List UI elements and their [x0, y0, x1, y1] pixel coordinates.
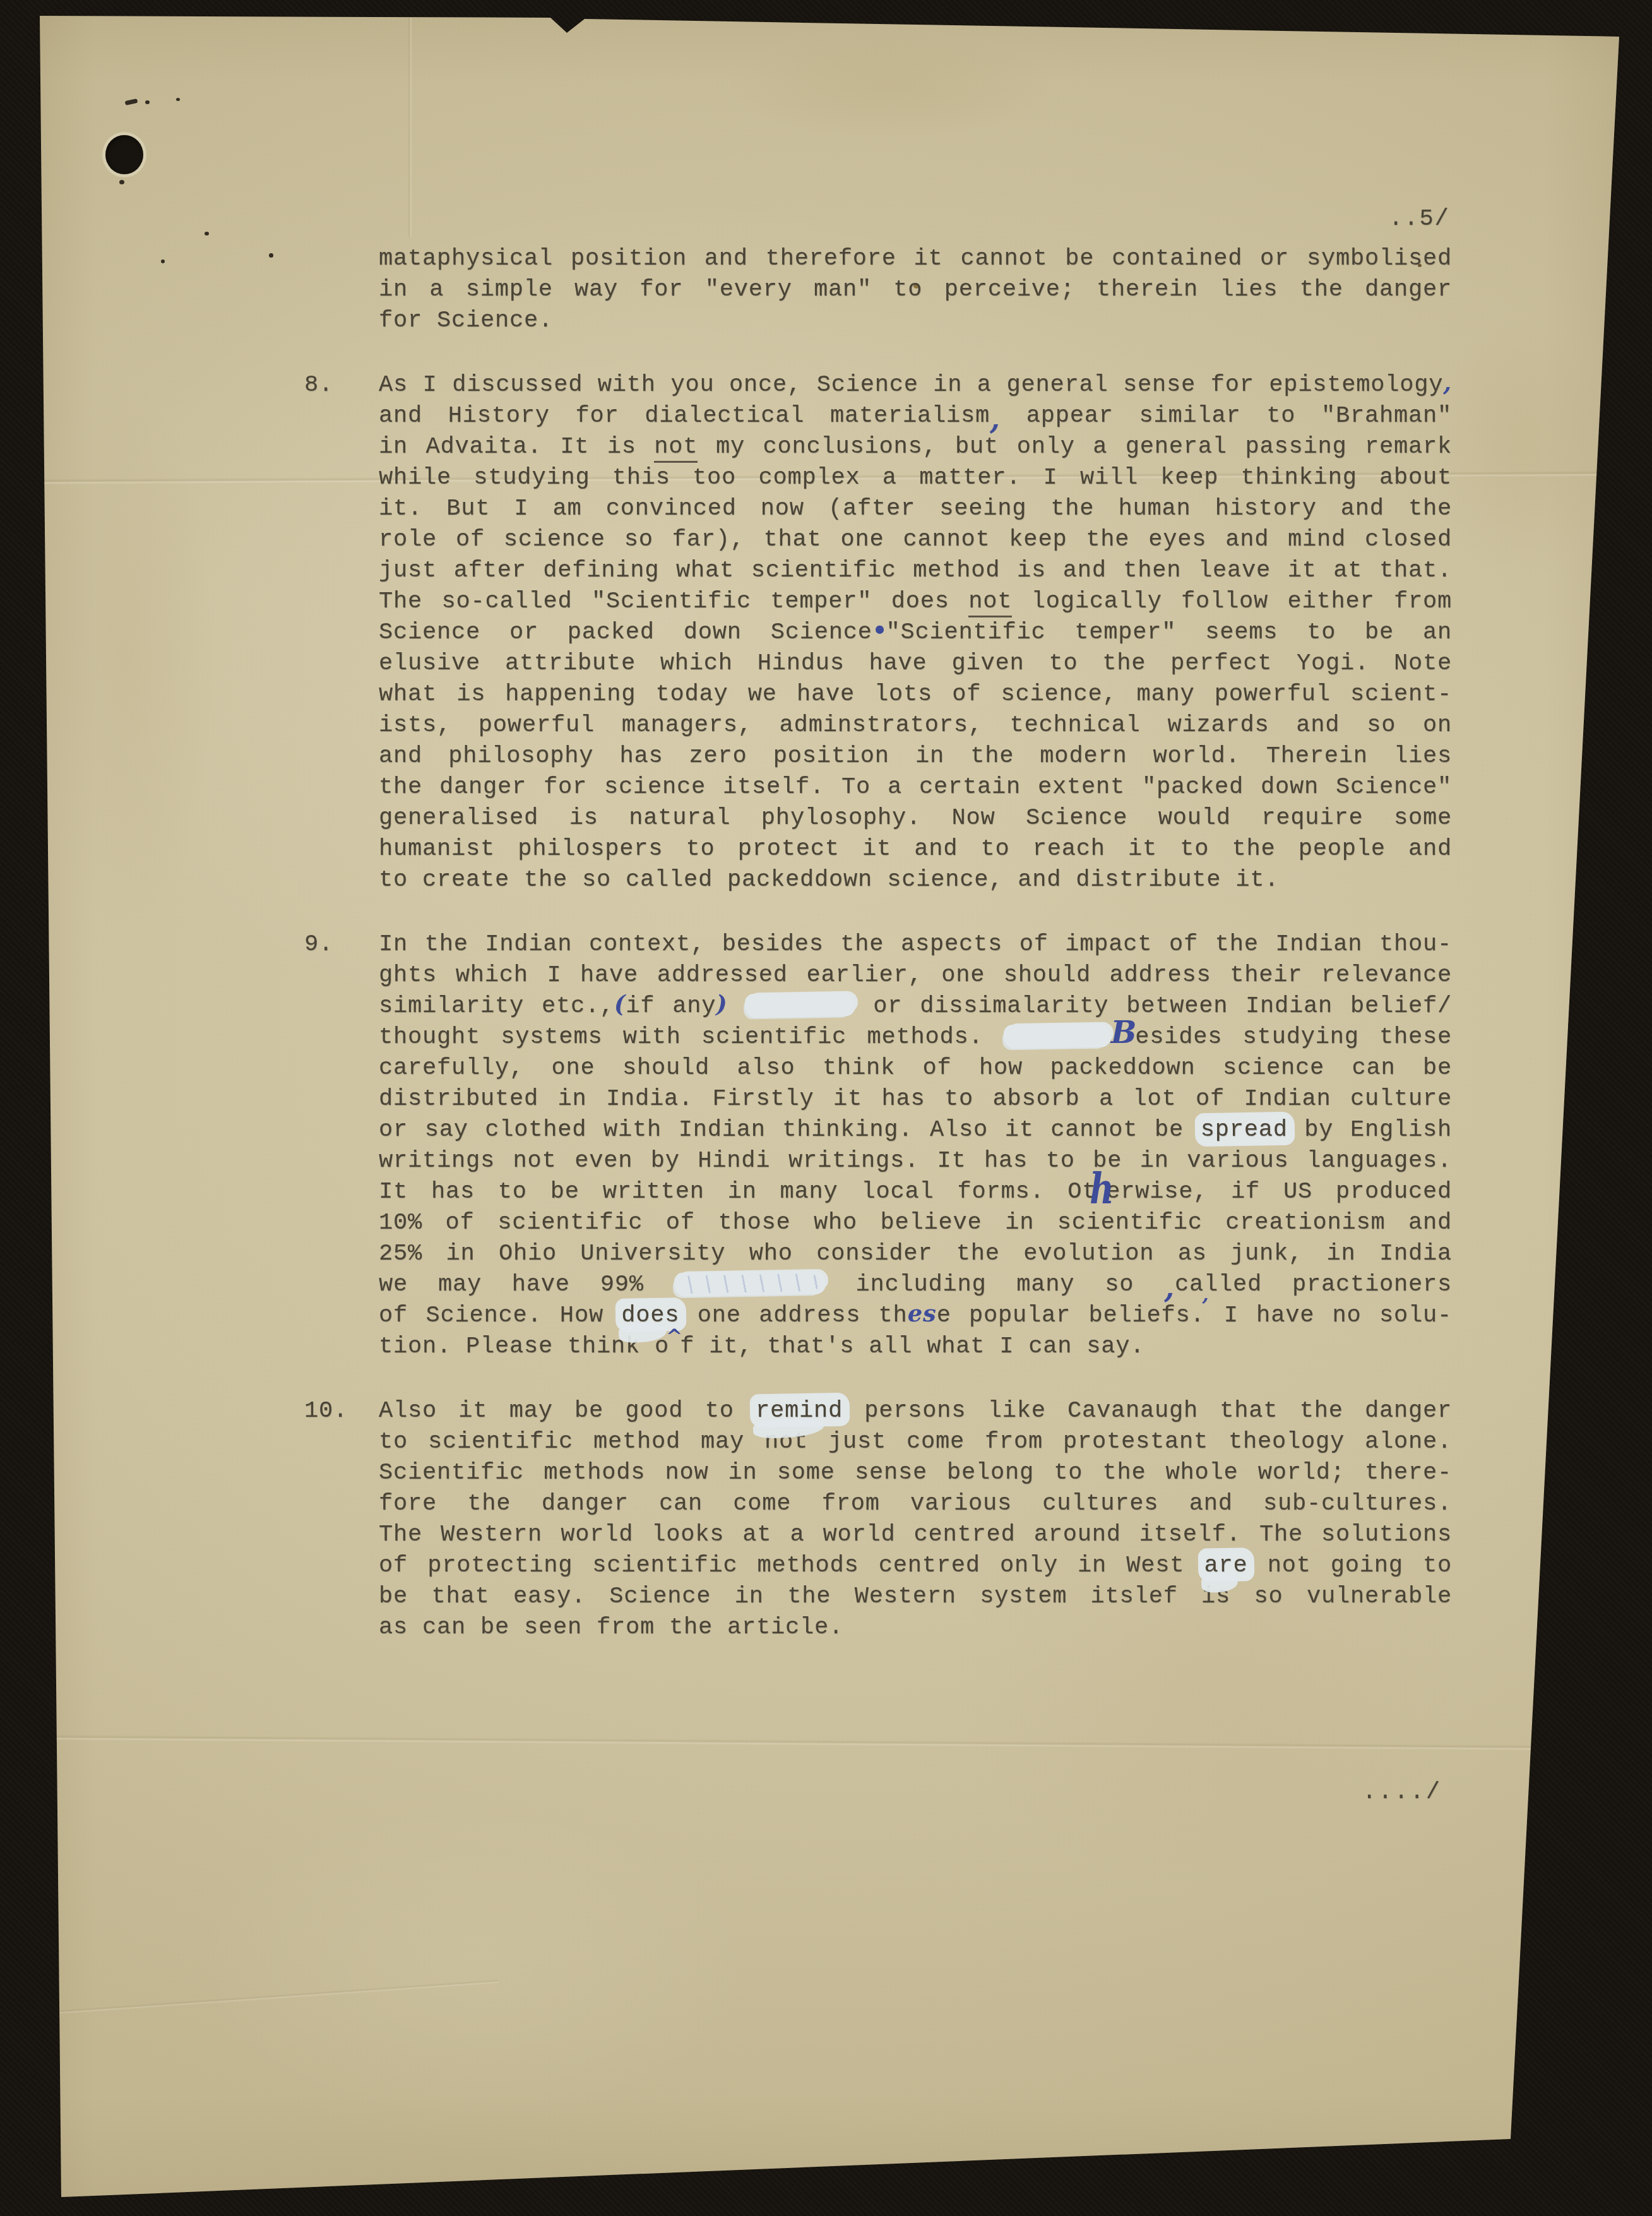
text-line: in a simple way for "every man" to perce… — [379, 275, 1452, 306]
typed-text: one address th — [679, 1302, 907, 1329]
typed-text: to scientific method may not just come f… — [379, 1429, 1452, 1455]
typed-text: what is happening today we have lots of … — [379, 681, 1452, 708]
paragraph: 10.Also it may be good to remind persons… — [379, 1396, 1452, 1643]
text-line: 10% of scientific of those who believe i… — [379, 1208, 1452, 1239]
typed-text: persons like Cavanaugh that the danger — [843, 1398, 1452, 1424]
text-line: tion. Please think o^f it, that's all wh… — [379, 1331, 1452, 1362]
typed-text: carefully, one should also think of how … — [379, 1055, 1452, 1081]
typed-text: writings not even by Hindi writings. It … — [379, 1148, 1452, 1174]
text-line: as can be seen from the article. — [379, 1612, 1452, 1643]
whiteout-corrected-text: remind — [756, 1398, 843, 1424]
text-line: In the Indian context, besides the aspec… — [379, 929, 1452, 960]
punch-hole — [105, 135, 143, 174]
text-line: As I discussed with you once, Science in… — [379, 370, 1452, 401]
text-line: and philosophy has zero position in the … — [379, 741, 1452, 772]
paragraph-lines: In the Indian context, besides the aspec… — [379, 929, 1452, 1362]
typed-text: to create the so called packeddown scien… — [379, 867, 1279, 893]
typed-text: it. But I am convinced now (after seeing… — [379, 496, 1452, 522]
typed-text: or say clothed with Indian thinking. Als… — [379, 1117, 1201, 1143]
text-line: Also it may be good to remind persons li… — [379, 1396, 1452, 1427]
whiteout-corrected-text: spread — [1201, 1117, 1288, 1143]
paper-speck — [161, 259, 165, 263]
text-line: fore the danger can come from various cu… — [379, 1489, 1452, 1520]
text-line: The Western world looks at a world centr… — [379, 1520, 1452, 1551]
paper-speck — [176, 98, 180, 101]
typed-text: and philosophy has zero position in the … — [379, 743, 1452, 770]
handwritten-ink-mark: B — [1111, 1015, 1137, 1051]
typed-text: my conclusions, but only a general passi… — [698, 434, 1452, 460]
typed-text: Science or packed down Science — [379, 619, 872, 646]
typed-text: distributed in India. Firstly it has to … — [379, 1086, 1452, 1112]
text-line: It has to be written in many local forms… — [379, 1177, 1452, 1208]
text-line: the danger for science itself. To a cert… — [379, 772, 1452, 803]
text-line: just after defining what scientific meth… — [379, 556, 1452, 587]
whiteout-patch — [1003, 1023, 1111, 1049]
underlined-text: not — [968, 588, 1012, 617]
handwritten-ink-mark: es — [908, 1299, 937, 1327]
typed-text: Scientific methods now in some sense bel… — [379, 1460, 1452, 1486]
typed-text: including many so — [826, 1272, 1165, 1298]
text-line: Science or packed down Science•"Scientif… — [379, 617, 1452, 648]
typed-text: or dissimalarity between Indian belief/ — [855, 993, 1452, 1020]
text-line: Scientific methods now in some sense bel… — [379, 1458, 1452, 1489]
text-line: while studying this too complex a matter… — [379, 463, 1452, 494]
typed-text: logically follow either from — [1012, 588, 1452, 615]
text-line: ghts which I have addressed earlier, one… — [379, 960, 1452, 991]
typed-text: while studying this too complex a matter… — [379, 465, 1452, 491]
typed-text: of Science. How — [379, 1302, 621, 1329]
paragraph-lines: As I discussed with you once, Science in… — [379, 370, 1452, 896]
paragraph: mataphysical position and therefore it c… — [379, 244, 1452, 337]
whiteout-corrected-text: are — [1204, 1552, 1247, 1579]
whiteout-patch — [745, 992, 856, 1018]
text-line: carefully, one should also think of how … — [379, 1053, 1452, 1084]
text-line: of protecting scientific methods centred… — [379, 1551, 1452, 1582]
text-line: for Science. — [379, 306, 1452, 337]
typed-text: be that easy. Science in the Western sys… — [379, 1583, 1452, 1610]
text-line: mataphysical position and therefore it c… — [379, 244, 1452, 275]
paper-speck — [205, 232, 209, 235]
typed-text: 10% of scientific of those who believe i… — [379, 1210, 1452, 1236]
typed-text: for Science. — [379, 307, 553, 334]
text-line: writings not even by Hindi writings. It … — [379, 1146, 1452, 1177]
text-line: to create the so called packeddown scien… — [379, 865, 1452, 896]
text-line: what is happening today we have lots of … — [379, 679, 1452, 710]
typed-text: and History for dialectical materialism — [379, 403, 990, 429]
underlined-text: not — [654, 434, 698, 463]
text-line: elusive attribute which Hindus have give… — [379, 648, 1452, 679]
typed-text: role of science so far), that one cannot… — [379, 527, 1452, 553]
typed-text: not going to — [1247, 1552, 1452, 1579]
typed-text: humanist philospers to protect it and to… — [379, 836, 1452, 862]
typed-text: appear similar to "Brahman" — [1001, 403, 1452, 429]
paragraph-lines: mataphysical position and therefore it c… — [379, 244, 1452, 337]
typed-text: mataphysical position and therefore it c… — [379, 246, 1452, 272]
handwritten-ink-mark: , — [1443, 369, 1452, 396]
typed-text: I have no solu- — [1206, 1302, 1452, 1329]
handwritten-ink-mark: ( — [614, 990, 626, 1018]
whiteout-patch — [674, 1270, 826, 1297]
typed-text: called practioners — [1175, 1272, 1452, 1298]
handwritten-ink-mark: ) — [716, 990, 727, 1018]
typed-text: in Advaita. It is — [379, 434, 654, 460]
typed-text: ghts which I have addressed earlier, one… — [379, 962, 1452, 989]
paper-speck — [145, 100, 150, 104]
page-number-marker: ..5/ — [1389, 206, 1450, 232]
typed-text: in a simple way for "every man" to perce… — [379, 277, 1452, 303]
text-line: and History for dialectical materialism,… — [379, 401, 1452, 432]
typed-text: The Western world looks at a world centr… — [379, 1522, 1452, 1548]
typed-text: we may have 99% — [379, 1272, 674, 1298]
paper-speck — [119, 180, 124, 184]
text-line: The so-called "Scientific temper" does n… — [379, 587, 1452, 617]
typed-text: by English — [1288, 1117, 1452, 1143]
typed-text: erwise, if US produced — [1106, 1179, 1452, 1205]
text-line: generalised is natural phylosophy. Now S… — [379, 803, 1452, 834]
paragraph: 8.As I discussed with you once, Science … — [379, 370, 1452, 896]
text-line: it. But I am convinced now (after seeing… — [379, 494, 1452, 525]
typed-text: the danger for science itself. To a cert… — [379, 774, 1452, 801]
typed-text: "Scientific temper" seems to be an — [886, 619, 1452, 646]
typed-text: of protecting scientific methods centred… — [379, 1552, 1204, 1579]
text-line: in Advaita. It is not my conclusions, bu… — [379, 432, 1452, 463]
paper-sheet: ..5/ mataphysical position and therefore… — [0, 0, 1652, 2216]
text-line: ists, powerful managers, adminstrators, … — [379, 710, 1452, 741]
typed-text: In the Indian context, besides the aspec… — [379, 931, 1452, 958]
typed-text: as can be seen from the article. — [379, 1614, 843, 1641]
paragraph-number: 9. — [304, 929, 367, 960]
paragraph-lines: Also it may be good to remind persons li… — [379, 1396, 1452, 1643]
typed-text: similarity etc., — [379, 993, 614, 1020]
typed-text: fore the danger can come from various cu… — [379, 1491, 1452, 1517]
text-line: distributed in India. Firstly it has to … — [379, 1084, 1452, 1115]
paragraph-number: 10. — [304, 1396, 367, 1427]
text-line: we may have 99% including many so ,calle… — [379, 1270, 1452, 1301]
typed-text: e popular beliefs. — [937, 1302, 1205, 1329]
text-line: thought systems with scientific methods.… — [379, 1022, 1452, 1053]
typed-text: Also it may be good to — [379, 1398, 756, 1424]
text-line: similarity etc.,(if any) or dissimalarit… — [379, 991, 1452, 1022]
typed-text — [728, 993, 746, 1020]
typed-text: generalised is natural phylosophy. Now S… — [379, 805, 1452, 831]
text-line: 25% in Ohio University who consider the … — [379, 1239, 1452, 1270]
document-text: mataphysical position and therefore it c… — [379, 244, 1452, 1677]
typed-text: The so-called "Scientific temper" does — [379, 588, 968, 615]
paragraph-number: 8. — [304, 370, 367, 401]
typed-text: It has to be written in many local forms… — [379, 1179, 1096, 1205]
text-line: or say clothed with Indian thinking. Als… — [379, 1115, 1452, 1146]
typed-text: f it, that's all what I can say. — [680, 1333, 1144, 1360]
continuation-marker: ..../ — [1362, 1779, 1442, 1806]
text-line: be that easy. Science in the Western sys… — [379, 1582, 1452, 1612]
typed-text: if any — [626, 993, 716, 1020]
paper-speck — [269, 253, 273, 258]
typed-text: elusive attribute which Hindus have give… — [379, 650, 1452, 677]
text-line: humanist philospers to protect it and to… — [379, 834, 1452, 865]
typed-text: 25% in Ohio University who consider the … — [379, 1241, 1452, 1267]
typed-text: As I discussed with you once, Science in… — [379, 372, 1443, 398]
text-line: role of science so far), that one cannot… — [379, 525, 1452, 556]
text-line: of Science. How does one address these p… — [379, 1301, 1452, 1331]
paragraph: 9.In the Indian context, besides the asp… — [379, 929, 1452, 1362]
typed-text: esides studying these — [1135, 1024, 1452, 1051]
typed-text: ists, powerful managers, adminstrators, … — [379, 712, 1452, 739]
typed-text: just after defining what scientific meth… — [379, 557, 1452, 584]
scanned-document-page: ..5/ mataphysical position and therefore… — [0, 0, 1652, 2216]
typed-text: thought systems with scientific methods. — [379, 1024, 1004, 1051]
text-line: to scientific method may not just come f… — [379, 1427, 1452, 1458]
handwritten-ink-mark: • — [872, 616, 886, 644]
